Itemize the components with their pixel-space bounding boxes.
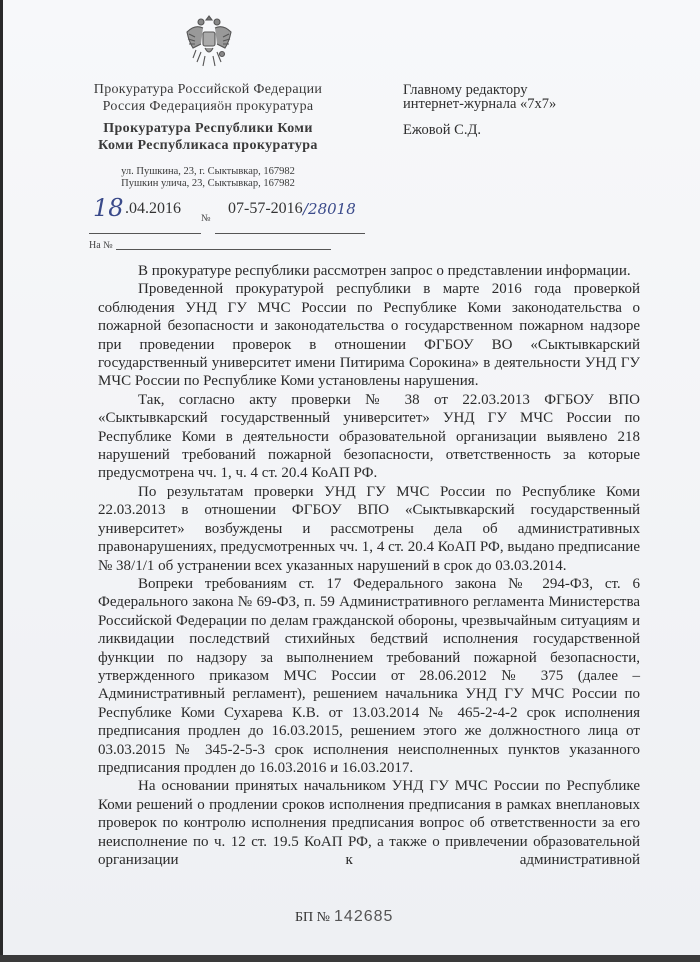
paragraph: По результатам проверки УНД ГУ МЧС Росси… — [98, 483, 640, 575]
date-printed: .04.2016 — [125, 200, 181, 218]
paragraph: В прокуратуре республики рассмотрен запр… — [98, 262, 640, 280]
date-handwritten: 18 — [93, 194, 124, 222]
letter-body: В прокуратуре республики рассмотрен запр… — [98, 262, 640, 869]
org-sub-name-komi: Коми Республикаса прокуратура — [63, 138, 353, 154]
address-komi: Пушкин улича, 23, Сыктывкар, 167982 — [63, 178, 353, 189]
form-serial-label: БП № — [295, 910, 330, 925]
org-name-komi: Россия Федерацияӧн прокуратура — [63, 99, 353, 115]
paragraph: Так, согласно акту проверки № 38 от 22.0… — [98, 391, 640, 483]
org-name-ru: Прокуратура Российской Федерации — [63, 82, 353, 98]
recipient-name: Ежовой С.Д. — [403, 122, 481, 139]
address-ru: ул. Пушкина, 23, г. Сыктывкар, 167982 — [63, 166, 353, 177]
scan-edge-bottom — [0, 955, 700, 962]
reference-field-line — [116, 249, 331, 250]
paragraph: На основании принятых начальником УНД ГУ… — [98, 777, 640, 869]
reference-label: На № — [89, 240, 113, 251]
paragraph: Проведенной прокуратурой республики в ма… — [98, 280, 640, 390]
outgoing-number: 07-57-2016 — [228, 200, 303, 218]
coat-of-arms-icon — [181, 12, 237, 70]
document-page: Прокуратура Российской Федерации Россия … — [3, 0, 700, 955]
org-sub-name-ru: Прокуратура Республики Коми — [63, 121, 353, 137]
recipient-organization: интернет-журнала «7х7» — [403, 96, 556, 113]
number-sign: № — [201, 213, 211, 224]
outgoing-number-handwritten: /28018 — [303, 200, 356, 218]
paragraph: Вопреки требованиям ст. 17 Федерального … — [98, 575, 640, 777]
form-serial: БП №142685 — [295, 908, 393, 926]
form-serial-number: 142685 — [334, 908, 393, 925]
